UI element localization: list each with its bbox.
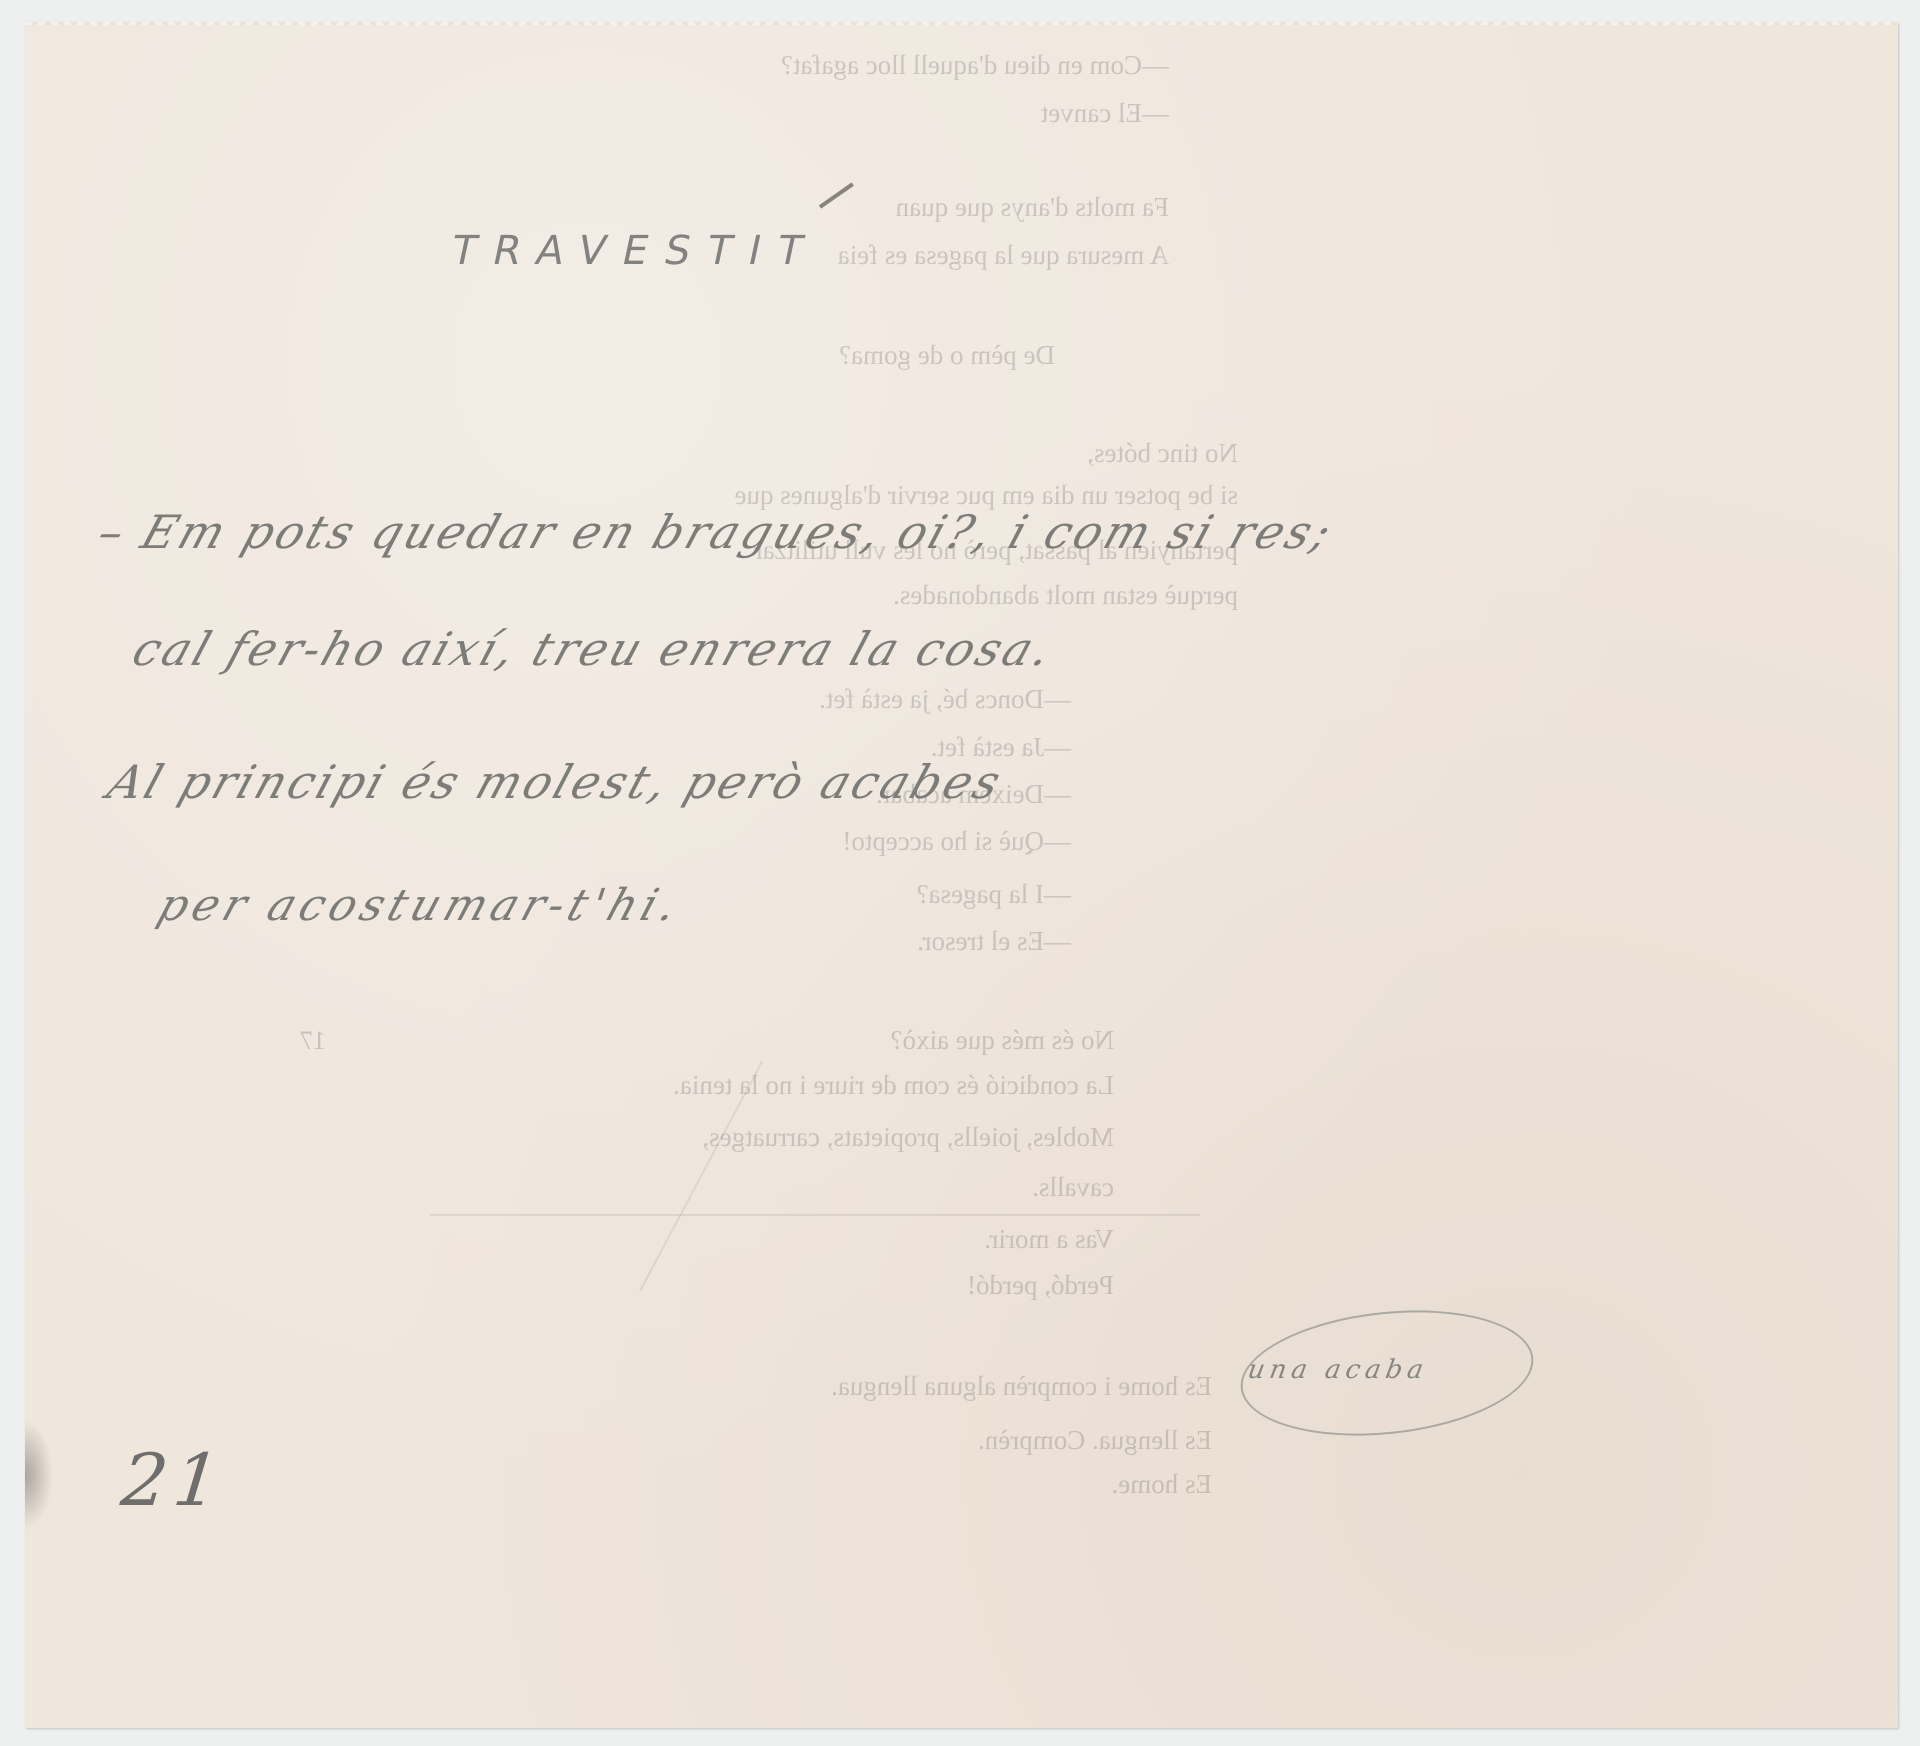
page-number: 21	[118, 1438, 230, 1522]
bleed-line: Mobles, joiells, propietats, carruatges,	[702, 1122, 1114, 1153]
bleed-line: cavalls.	[1032, 1172, 1114, 1203]
bleed-line: Es home.	[1112, 1469, 1213, 1500]
manuscript-line-1: – Em pots quedar en bragues, oi?, i com …	[91, 505, 1341, 559]
bleed-line: A mesura que la pagesa es feia	[838, 240, 1169, 271]
manuscript-line-2: cal fer-ho així, treu enrera la cosa.	[126, 622, 1061, 676]
bleed-line: —I la pagesa?	[917, 879, 1071, 910]
bleed-line: —Com en dieu d'aquell lloc agafat?	[781, 50, 1169, 81]
bleed-line: perquè estan molt abandonades.	[893, 580, 1238, 611]
bleed-page-number: 17	[300, 1026, 326, 1056]
bleed-line: —El canvet	[1041, 98, 1169, 129]
manuscript-line-4: per acostumar-t'hi.	[152, 880, 689, 931]
bleed-rule	[430, 1214, 1200, 1216]
bleed-line: Vas a morir.	[984, 1224, 1114, 1255]
bleed-line: —Doncs bé, ja està fet.	[819, 684, 1071, 715]
manuscript-paper	[25, 22, 1898, 1728]
bleed-line: —Què si ho accepto!	[842, 826, 1071, 857]
bleed-line: De pèm o de goma?	[839, 340, 1055, 371]
margin-note: una acaba	[1245, 1355, 1430, 1385]
bleed-line: Fa molts d'anys que quan	[896, 192, 1169, 223]
edge-stain	[25, 1420, 53, 1530]
bleed-line: No és més que això?	[891, 1025, 1114, 1056]
bleed-line: Es home i comprèn alguna llengua.	[831, 1371, 1212, 1402]
bleed-line: La condició és com de riure i no la teni…	[673, 1070, 1114, 1101]
bleed-line: Perdó, perdó!	[967, 1270, 1114, 1301]
bleed-line: —Es el tresor.	[917, 926, 1071, 957]
manuscript-line-3: Al principi és molest, però acabes	[101, 755, 1010, 809]
bleed-line: Es llengua. Comprèn.	[978, 1425, 1212, 1456]
manuscript-title: TRAVESTIT	[447, 228, 824, 274]
bleed-line: No tinc bótes,	[1087, 438, 1238, 469]
